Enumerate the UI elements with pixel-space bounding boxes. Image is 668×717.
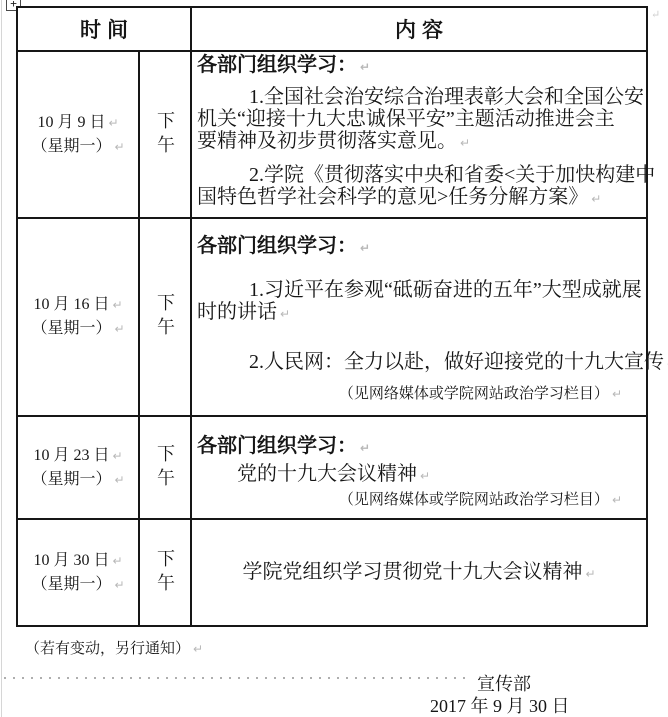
header-time-label: 时间 bbox=[80, 14, 134, 44]
line-break-mark-icon: ↵ bbox=[651, 8, 660, 21]
content-paragraph-2: 2.学院《贯彻落实中央和省委<关于加快构建中 国特色哲学社会科学的意见>任务分解… bbox=[197, 164, 642, 210]
line-break-mark-icon: ↵ bbox=[360, 437, 370, 459]
table-row-2-period-cell: 下午 bbox=[140, 219, 192, 417]
line-break-mark-icon: ↵ bbox=[280, 303, 290, 325]
line-break-mark-icon: ↵ bbox=[114, 318, 124, 341]
schedule-table: 时间 内容 10 月 9 日↵ （星期一）↵ 下午 各部门组织学习：↵ 1.全国… bbox=[16, 6, 648, 627]
table-row-2-content-cell: 各部门组织学习：↵ 1.习近平在参观“砥砺奋进的五年”大型成就展 时的讲话↵ 2… bbox=[192, 219, 646, 417]
column-header-time: 时间 bbox=[18, 8, 192, 52]
table-row-4-period-cell: 下午 bbox=[140, 520, 192, 625]
content-center-text: 学院党组织学习贯彻党十九大会议精神↵ bbox=[242, 561, 595, 585]
line-break-mark-icon: ↵ bbox=[460, 132, 470, 154]
table-row-1-content-cell: 各部门组织学习：↵ 1.全国社会治安综合治理表彰大会和全国公安 机关“迎接十九大… bbox=[192, 52, 646, 219]
table-row-1-period-cell: 下午 bbox=[140, 52, 192, 219]
table-row-3-period-cell: 下午 bbox=[140, 417, 192, 520]
content-paragraph-1: 党的十九大会议精神↵ bbox=[197, 463, 642, 487]
content-heading: 各部门组织学习：↵ bbox=[197, 54, 642, 78]
table-row-1-date-cell: 10 月 9 日↵ （星期一）↵ bbox=[18, 52, 140, 219]
line-break-mark-icon: ↵ bbox=[112, 445, 122, 468]
weekday-text: （星期一）↵ bbox=[31, 573, 124, 597]
change-notice-text: （若有变动，另行通知）↵ bbox=[25, 637, 203, 658]
line-break-mark-icon: ↵ bbox=[114, 469, 124, 492]
content-heading: 各部门组织学习：↵ bbox=[197, 235, 642, 259]
line-break-mark-icon: ↵ bbox=[114, 574, 124, 597]
weekday-text: （星期一）↵ bbox=[31, 135, 124, 159]
period-text: 下午 bbox=[156, 111, 174, 159]
period-text: 下午 bbox=[156, 444, 174, 492]
period-text: 下午 bbox=[156, 549, 174, 597]
line-break-mark-icon: ↵ bbox=[108, 112, 118, 135]
weekday-text: （星期一）↵ bbox=[31, 317, 124, 341]
line-break-mark-icon: ↵ bbox=[360, 237, 370, 259]
column-header-content: 内容 bbox=[192, 8, 646, 52]
date-text: 10 月 16 日↵ bbox=[33, 293, 122, 317]
document-page: + ↵ 时间 内容 10 月 9 日↵ （星期一）↵ 下午 各部门组织学习：↵ … bbox=[0, 0, 668, 717]
line-break-mark-icon: ↵ bbox=[112, 550, 122, 573]
date-text: 10 月 30 日↵ bbox=[33, 549, 122, 573]
table-row-3-content-cell: 各部门组织学习：↵ 党的十九大会议精神↵ （见网络媒体或学院网站政治学习栏目）↵ bbox=[192, 417, 646, 520]
line-break-mark-icon: ↵ bbox=[360, 56, 370, 78]
line-break-mark-icon: ↵ bbox=[193, 642, 203, 656]
content-heading: 各部门组织学习：↵ bbox=[197, 435, 642, 459]
table-row-3-date-cell: 10 月 23 日↵ （星期一）↵ bbox=[18, 417, 140, 520]
line-break-mark-icon: ↵ bbox=[112, 294, 122, 317]
content-paragraph-2: 2.人民网：全力以赴，做好迎接党的十九大宣传↵ bbox=[197, 351, 642, 375]
signature-date: 2017 年 9 月 30 日 bbox=[430, 692, 570, 717]
weekday-text: （星期一）↵ bbox=[31, 468, 124, 492]
period-text: 下午 bbox=[156, 293, 174, 341]
content-source-note: （见网络媒体或学院网站政治学习栏目）↵ bbox=[197, 491, 642, 509]
content-source-note: （见网络媒体或学院网站政治学习栏目）↵ bbox=[197, 385, 642, 403]
table-row-4-date-cell: 10 月 30 日↵ （星期一）↵ bbox=[18, 520, 140, 625]
date-text: 10 月 9 日↵ bbox=[37, 111, 118, 135]
date-text: 10 月 23 日↵ bbox=[33, 444, 122, 468]
header-content-label: 内容 bbox=[395, 14, 449, 44]
content-paragraph-1: 1.习近平在参观“砥砺奋进的五年”大型成就展 时的讲话↵ bbox=[197, 279, 642, 325]
line-break-mark-icon: ↵ bbox=[585, 563, 595, 585]
line-break-mark-icon: ↵ bbox=[612, 385, 622, 403]
content-paragraph-1: 1.全国社会治安综合治理表彰大会和全国公安 机关“迎接十九大忠诚保平安”主题活动… bbox=[197, 86, 642, 154]
line-break-mark-icon: ↵ bbox=[591, 188, 601, 210]
table-row-4-content-cell: 学院党组织学习贯彻党十九大会议精神↵ bbox=[192, 520, 646, 625]
line-break-mark-icon: ↵ bbox=[420, 465, 430, 487]
page-edge-line bbox=[1, 0, 2, 717]
dotted-leader-line bbox=[4, 677, 466, 679]
line-break-mark-icon: ↵ bbox=[114, 136, 124, 159]
line-break-mark-icon: ↵ bbox=[612, 491, 622, 509]
table-row-2-date-cell: 10 月 16 日↵ （星期一）↵ bbox=[18, 219, 140, 417]
